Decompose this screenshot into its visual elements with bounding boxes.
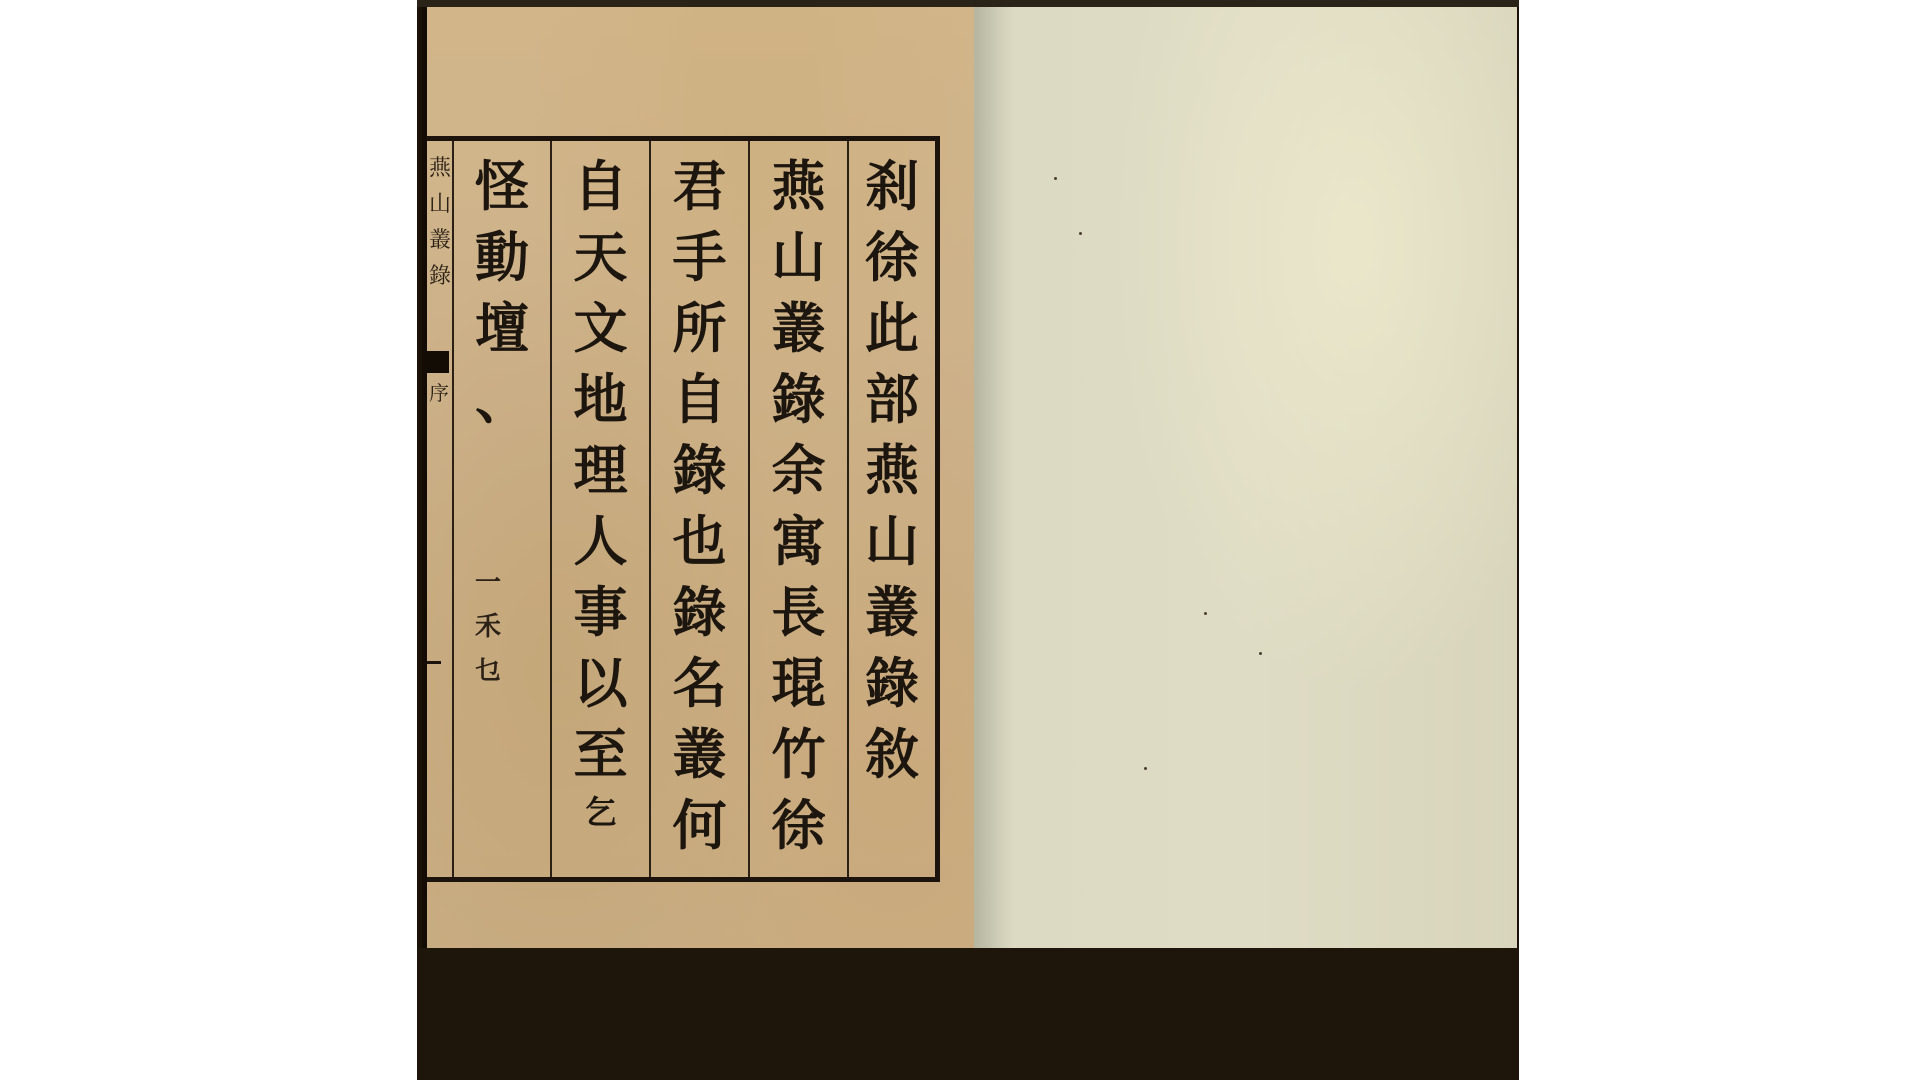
char: 手 bbox=[673, 222, 727, 293]
banner-char: 叢 bbox=[429, 223, 449, 259]
char: 文 bbox=[574, 293, 628, 364]
char: 天 bbox=[574, 222, 628, 293]
char: 以 bbox=[574, 648, 628, 719]
page-number-mark bbox=[427, 661, 441, 664]
scan-bed-bottom bbox=[417, 948, 1519, 1080]
char: 徐 bbox=[772, 790, 826, 861]
char: 君 bbox=[673, 151, 727, 222]
text-column-4: 自 天 文 地 理 人 事 以 至 乞 bbox=[552, 141, 649, 877]
note-char: 一 bbox=[475, 561, 501, 605]
note-char: 乜 bbox=[475, 649, 501, 693]
char: 部 bbox=[865, 364, 919, 435]
char: 名 bbox=[673, 648, 727, 719]
char: 壇 bbox=[475, 293, 529, 364]
char: 寓 bbox=[772, 506, 826, 577]
right-page-blank bbox=[974, 7, 1517, 948]
char: 此 bbox=[865, 293, 919, 364]
char: 、 bbox=[475, 364, 529, 435]
char: 余 bbox=[772, 435, 826, 506]
printed-frame: 燕 山 叢 錄 序 怪 動 壇 、 一 禾 乜 bbox=[427, 136, 940, 882]
scanned-book-spread: 燕 山 叢 錄 序 怪 動 壇 、 一 禾 乜 bbox=[417, 0, 1519, 1080]
char: 山 bbox=[772, 222, 826, 293]
text-column-1: 刹 徐 此 部 燕 山 叢 錄 敘 bbox=[849, 141, 935, 877]
char: 錄 bbox=[673, 577, 727, 648]
char: 燕 bbox=[865, 435, 919, 506]
text-column-5: 怪 動 壇 、 bbox=[454, 141, 550, 877]
char: 自 bbox=[574, 151, 628, 222]
char: 叢 bbox=[772, 293, 826, 364]
char: 敘 bbox=[865, 719, 919, 790]
char: 叢 bbox=[865, 577, 919, 648]
char: 竹 bbox=[772, 719, 826, 790]
paper-speck bbox=[1144, 767, 1147, 770]
char: 至 bbox=[574, 719, 628, 790]
banner-char: 山 bbox=[429, 187, 449, 223]
banner-section-label: 序 bbox=[429, 377, 449, 406]
char: 乞 bbox=[584, 790, 616, 834]
scan-bed-top-edge bbox=[417, 0, 1519, 7]
paper-speck bbox=[1054, 177, 1057, 180]
text-column-3: 君 手 所 自 錄 也 錄 名 叢 何 bbox=[651, 141, 748, 877]
char: 何 bbox=[673, 790, 727, 861]
char: 怪 bbox=[475, 151, 529, 222]
char: 所 bbox=[673, 293, 727, 364]
margin-annotation: 一 禾 乜 bbox=[475, 561, 501, 693]
fish-tail-mark bbox=[427, 351, 449, 373]
char: 自 bbox=[673, 364, 727, 435]
char: 燕 bbox=[772, 151, 826, 222]
char: 理 bbox=[574, 435, 628, 506]
char: 人 bbox=[574, 506, 628, 577]
banner-char: 錄 bbox=[429, 259, 449, 295]
char: 錄 bbox=[865, 648, 919, 719]
paper-speck bbox=[1079, 232, 1082, 235]
banner-title: 燕 山 叢 錄 bbox=[429, 151, 449, 295]
text-column-2: 燕 山 叢 錄 余 寓 長 琨 竹 徐 bbox=[750, 141, 847, 877]
char: 山 bbox=[865, 506, 919, 577]
banner-char: 燕 bbox=[429, 151, 449, 187]
banner-column: 燕 山 叢 錄 序 bbox=[427, 141, 452, 877]
char: 長 bbox=[772, 577, 826, 648]
note-char: 禾 bbox=[475, 605, 501, 649]
left-page: 燕 山 叢 錄 序 怪 動 壇 、 一 禾 乜 bbox=[422, 7, 974, 948]
char: 刹 bbox=[865, 151, 919, 222]
char: 動 bbox=[475, 222, 529, 293]
char: 徐 bbox=[865, 222, 919, 293]
paper-speck bbox=[1259, 652, 1262, 655]
char: 事 bbox=[574, 577, 628, 648]
gutter-shadow bbox=[974, 7, 1014, 948]
paper-speck bbox=[1204, 612, 1207, 615]
char: 錄 bbox=[772, 364, 826, 435]
char: 錄 bbox=[673, 435, 727, 506]
char: 叢 bbox=[673, 719, 727, 790]
char: 也 bbox=[673, 506, 727, 577]
char: 地 bbox=[574, 364, 628, 435]
char: 琨 bbox=[772, 648, 826, 719]
